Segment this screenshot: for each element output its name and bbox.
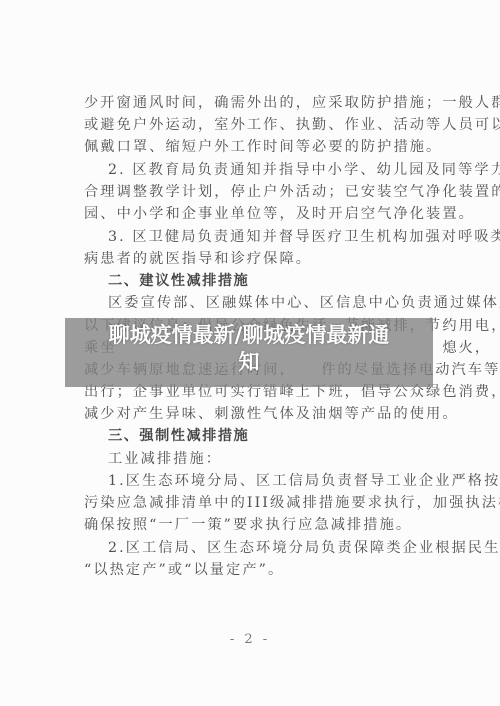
doc-line: 园、中小学和企事业单位等，及时开启空气净化装置。 bbox=[0, 204, 500, 224]
doc-line: 1.区生态环境分局、区工信局负责督导工业企业严格按照重 bbox=[0, 471, 500, 491]
doc-line: “以热定产”或“以量定产”。 bbox=[0, 560, 500, 580]
doc-line: 病患者的就医指导和诊疗保障。 bbox=[0, 249, 500, 269]
banner-title-line1: 聊城疫情最新/聊城疫情最新通 bbox=[65, 322, 433, 349]
section-heading: 二、建议性减排措施 bbox=[0, 271, 500, 291]
doc-line: 确保按照“一厂一策”要求执行应急减排措施。 bbox=[0, 515, 500, 535]
doc-line: 区委宣传部、区融媒体中心、区信息中心负责通过媒体发布 bbox=[0, 293, 500, 313]
banner-title: 聊城疫情最新/聊城疫情最新通 知 bbox=[65, 322, 433, 376]
doc-line: 减少对产生异味、刺激性气体及油烟等产品的使用。 bbox=[0, 404, 500, 424]
doc-line: 合理调整教学计划，停止户外活动；已安装空气净化装置的幼儿 bbox=[0, 182, 500, 202]
section-heading: 三、强制性减排措施 bbox=[0, 426, 500, 446]
doc-line: 或避免户外运动，室外工作、执勤、作业、活动等人员可以采取 bbox=[0, 115, 500, 135]
doc-line: 污染应急减排清单中的III级减排措施要求执行，加强执法检查， bbox=[0, 493, 500, 513]
doc-line: 少开窗通风时间，确需外出的，应采取防护措施；一般人群减少 bbox=[0, 93, 500, 113]
banner-title-line2: 知 bbox=[65, 349, 433, 376]
subsection-heading: 工业减排措施： bbox=[0, 449, 500, 469]
page-number: - 2 - bbox=[0, 632, 500, 647]
doc-line: 2.区工信局、区生态环境分局负责保障类企业根据民生需求 bbox=[0, 538, 500, 558]
doc-line: 佩戴口罩、缩短户外工作时间等必要的防护措施。 bbox=[0, 137, 500, 157]
doc-line: 2. 区教育局负责通知并指导中小学、幼儿园及同等学力学校 bbox=[0, 160, 500, 180]
doc-line: 3. 区卫健局负责通知并督导医疗卫生机构加强对呼吸类疾 bbox=[0, 227, 500, 247]
